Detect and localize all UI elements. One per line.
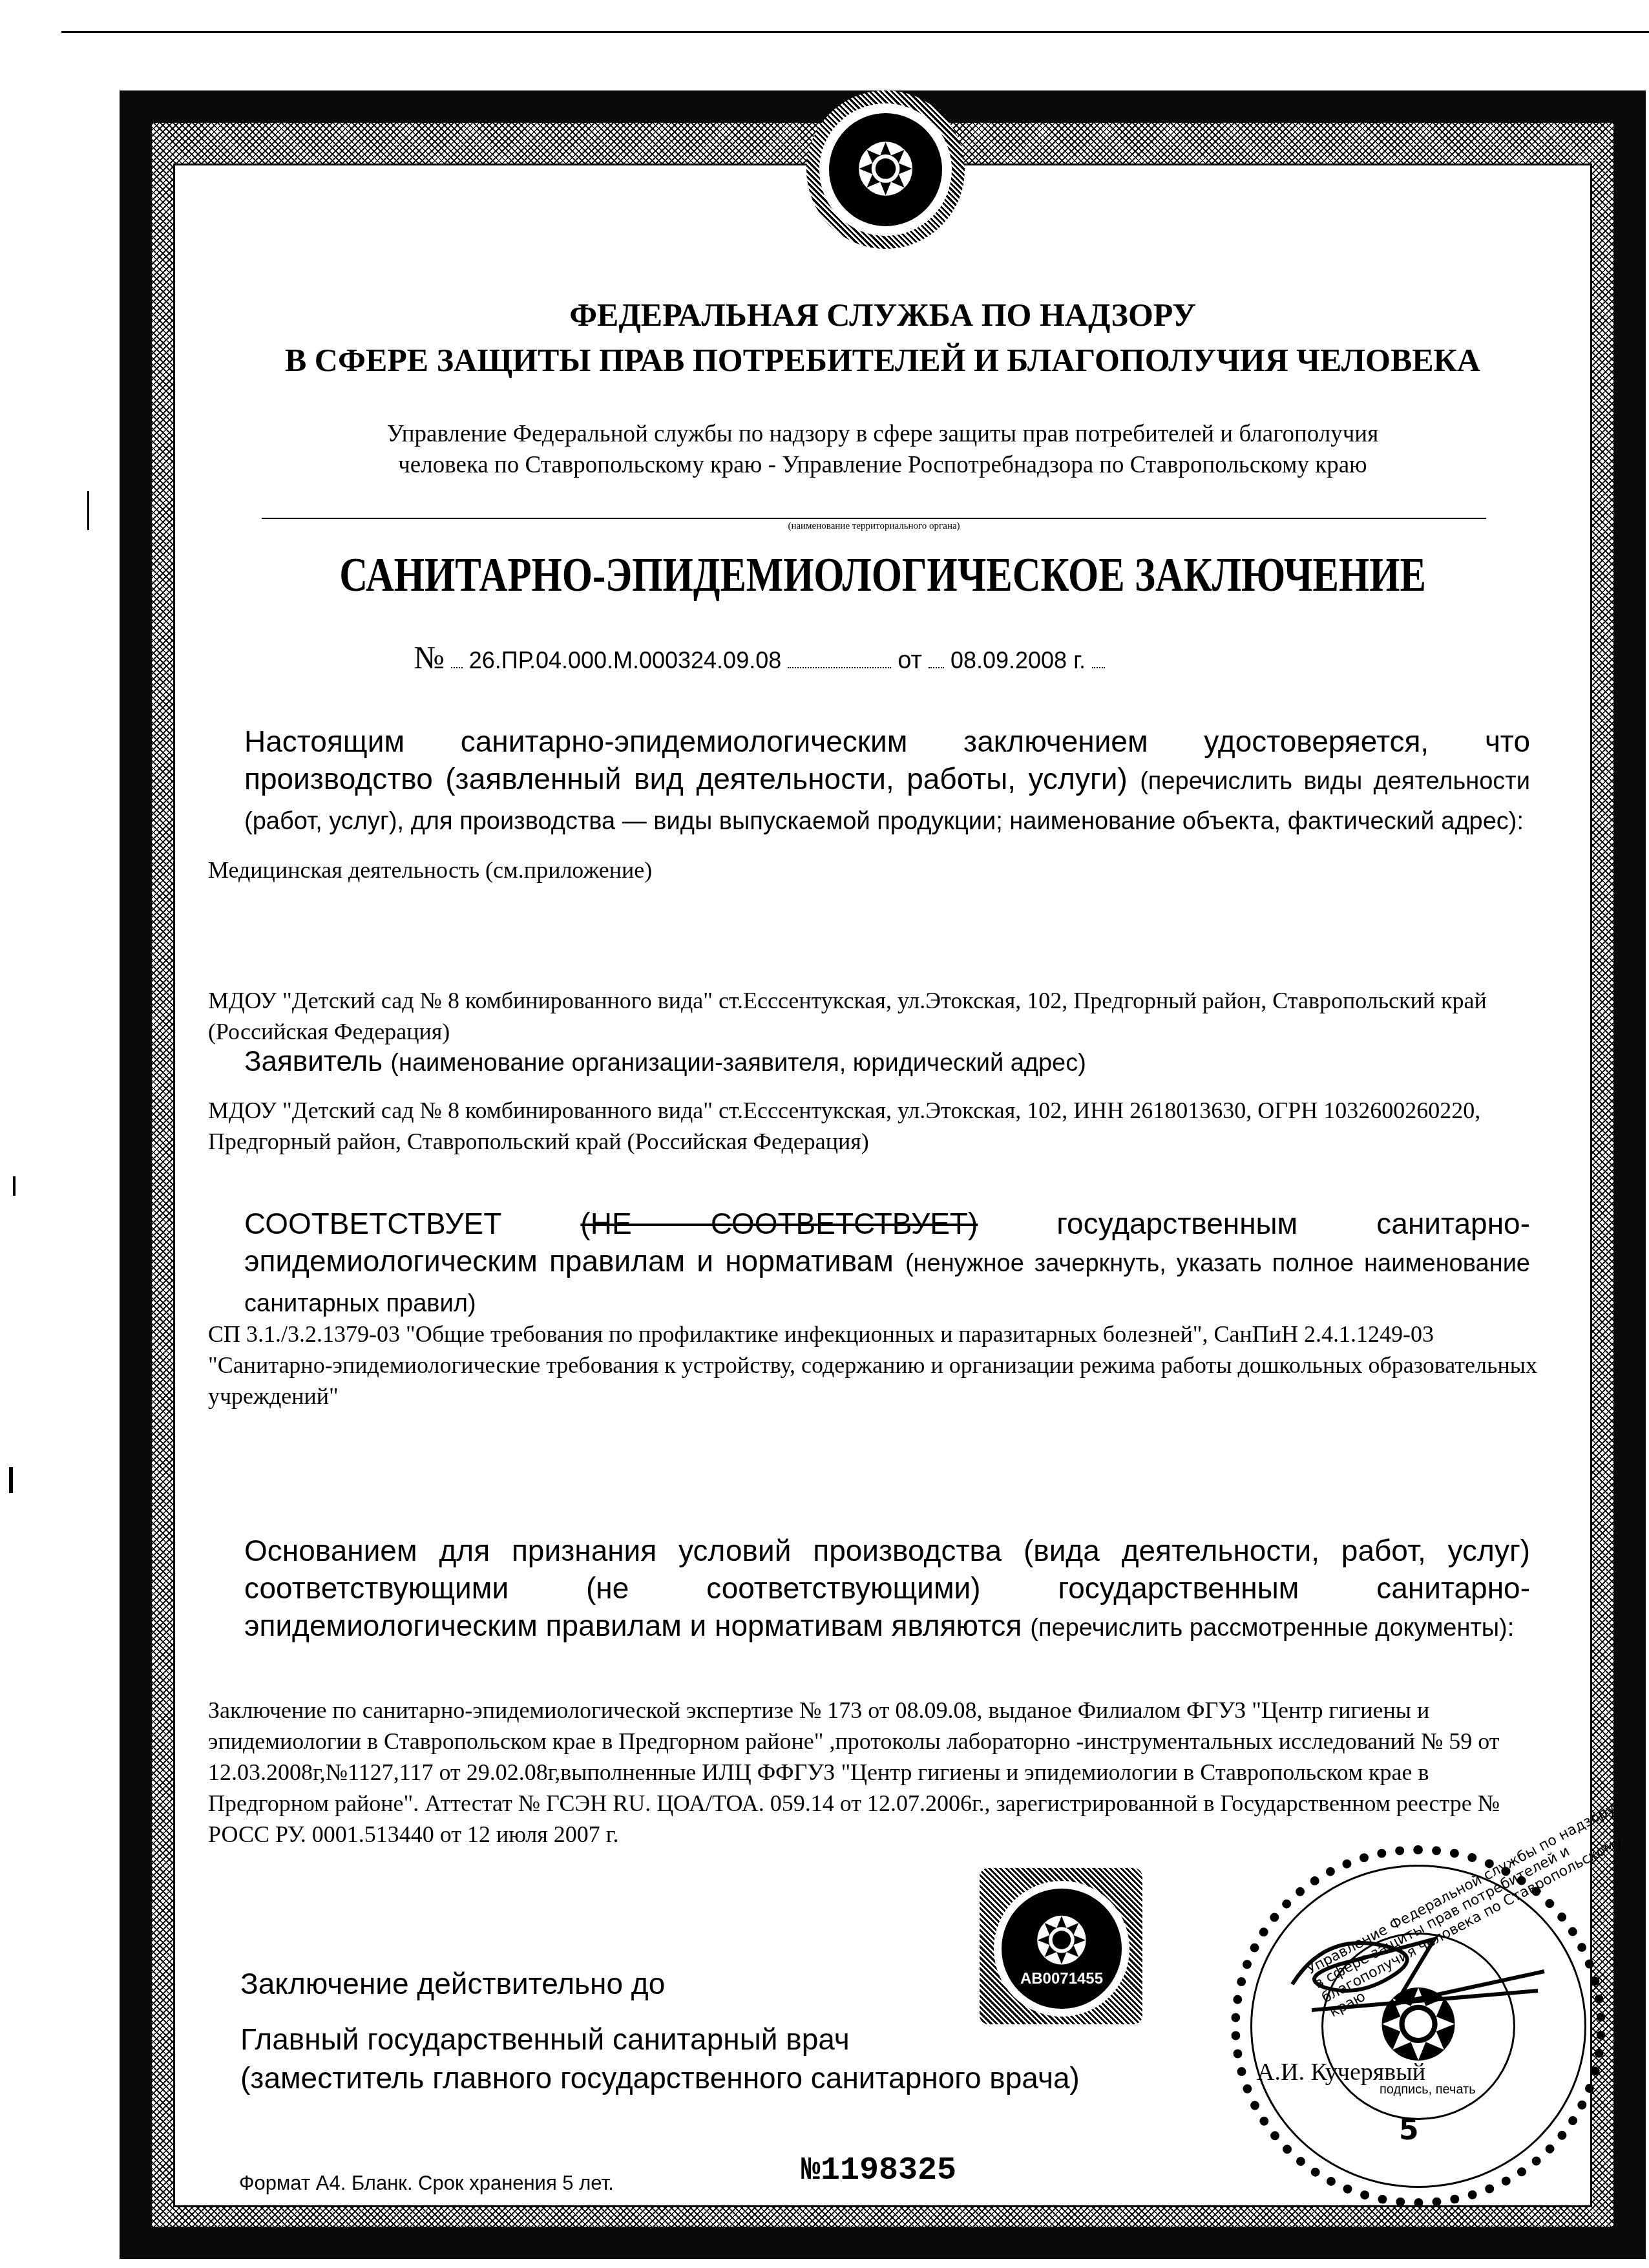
eagle-emblem-icon: ❂ [829, 113, 942, 226]
complies-text: СООТВЕТСТВУЕТ [244, 1207, 501, 1240]
stamp-number: 5 [1399, 2114, 1419, 2146]
sanitary-rules: СП 3.1./3.2.1379-03 "Общие требования по… [208, 1319, 1552, 1412]
certify-paragraph: Настоящим санитарно-эпидемиологическим з… [244, 723, 1530, 840]
dotted-fill [929, 667, 944, 668]
applicant-value: МДОУ "Детский сад № 8 комбинированного в… [208, 1095, 1552, 1157]
applicant-hint: (наименование организации-заявителя, юри… [390, 1050, 1086, 1077]
compliance-paragraph: СООТВЕТСТВУЕТ (НЕ СООТВЕТСТВУЕТ) государ… [244, 1205, 1530, 1322]
basis-documents: Заключение по санитарно-эпидемиологическ… [208, 1695, 1552, 1850]
applicant-label: Заявитель [244, 1046, 383, 1077]
number-label: № [414, 639, 445, 675]
document-title: САНИТАРНО-ЭПИДЕМИОЛОГИЧЕСКОЕ ЗАКЛЮЧЕНИЕ [301, 548, 1465, 603]
scan-mark [13, 1176, 16, 1196]
basis-hint: (перечислить рассмотренные документы): [1030, 1615, 1514, 1642]
territorial-organ: Управление Федеральной службы по надзору… [173, 419, 1592, 481]
dotted-fill [451, 667, 463, 668]
hologram-number: АВ0071455 [1020, 1970, 1103, 1988]
signature-caption: подпись, печать [1380, 2083, 1476, 2097]
agency-title-line-1: ФЕДЕРАЛЬНАЯ СЛУЖБА ПО НАДЗОРУ [173, 296, 1592, 334]
hologram-eagle-icon: ❂ АВ0071455 [1002, 1889, 1122, 2009]
dotted-fill [1092, 667, 1105, 668]
activity-value: Медицинская деятельность (см.приложение) [208, 854, 1552, 885]
territorial-organ-caption: (наименование территориального органа) [262, 521, 1486, 532]
document-number-row: № 26.ПР.04.000.М.000324.09.08 от 08.09.2… [414, 639, 1105, 676]
territorial-organ-line-2: человека по Ставропольскому краю - Управ… [173, 450, 1592, 481]
applicant-heading: Заявитель (наименование организации-заяв… [244, 1043, 1530, 1082]
territorial-organ-underline [262, 518, 1486, 519]
form-format-note: Формат А4. Бланк. Срок хранения 5 лет. [239, 2172, 614, 2195]
not-complies-struck: (НЕ СООТВЕТСТВУЕТ) [580, 1207, 978, 1240]
eagle-icon: ❂ [856, 134, 915, 206]
territorial-organ-line-1: Управление Федеральной службы по надзору… [173, 419, 1592, 450]
validity-label: Заключение действительно до [240, 1966, 665, 2001]
document-number: 26.ПР.04.000.М.000324.09.08 [469, 647, 781, 673]
signer-position-2: (заместитель главного государственного с… [240, 2061, 1080, 2095]
dotted-fill [788, 667, 891, 668]
handwritten-signature [1286, 1926, 1557, 2023]
object-address: МДОУ "Детский сад № 8 комбинированного в… [208, 985, 1552, 1047]
document-date: 08.09.2008 г. [951, 647, 1086, 673]
scan-edge-line [61, 31, 1649, 33]
basis-paragraph: Основанием для признания условий произво… [244, 1532, 1530, 1647]
eagle-icon: ❂ [1035, 1909, 1089, 1974]
date-label: от [898, 647, 922, 674]
agency-title-line-2: В СФЕРЕ ЗАЩИТЫ ПРАВ ПОТРЕБИТЕЛЕЙ И БЛАГО… [173, 341, 1592, 379]
signer-position-1: Главный государственный санитарный врач [240, 2022, 850, 2057]
blank-number: №1198325 [801, 2152, 956, 2189]
scan-mark [87, 491, 89, 530]
scan-mark [9, 1467, 13, 1493]
